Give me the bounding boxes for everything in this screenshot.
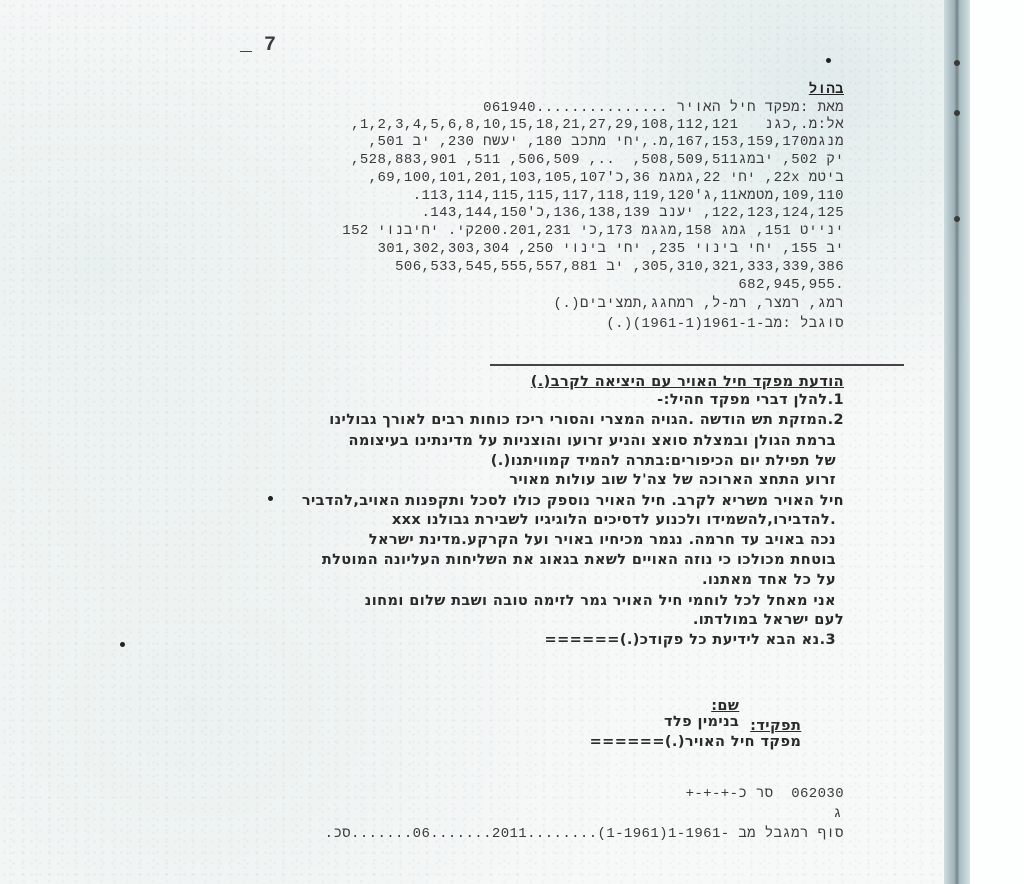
paragraph-line: של תפילת יום הכיפורים:בתרה להמיד קמוויתנ…	[491, 453, 836, 469]
to-line: אל:מ.,כגנ 1,2,3,4,5,6,8,10,15,18,21,27,2…	[351, 117, 844, 133]
subject-line: הודעת מפקד חיל האויר עם היציאה לקרב(.)	[531, 374, 844, 390]
classification-line: סוגבל :מב-1961-1(1961-1)(.)	[606, 316, 844, 332]
copies-line: רמג, רמצר, רמ-ל, רמחגג,תמציבים(.)	[554, 296, 844, 312]
scan-speck	[120, 642, 125, 647]
transmission-time: 062030 סר כ-+-+-+	[686, 786, 844, 802]
end-of-message-line: סוף רמגבל מב -1-1961(1-1961)........2011…	[325, 826, 844, 842]
to-line: 682,945,955.	[738, 277, 844, 293]
scan-speck	[826, 58, 831, 63]
binding-hole	[954, 216, 960, 222]
scanned-document-page: _ 7 בהול מאת :מפקד חיל האויר ...........…	[0, 0, 968, 884]
paragraph-line: אני מאחל לכל לוחמי חיל האויר גמר לזימה ט…	[365, 593, 836, 609]
to-line: מנגמ167,153,159,170,מ.,יחי מתכב 180, יעש…	[369, 134, 844, 150]
paragraph-line: ברמת הגולן ובמצלת סואצ והניע זרועו והוצנ…	[349, 433, 836, 449]
to-line: ינייט 151, גמג 158,מגגמ 173,כי 200.201,2…	[342, 223, 844, 239]
to-line: יב 155, יחי בינוי 235, יחי בינוי 250, 30…	[377, 241, 844, 257]
to-line: 305,310,321,333,339,386, יב 506,533,545,…	[395, 259, 844, 275]
paragraph-line: חיל האויר משריא לקרב. חיל האויר נוספק כו…	[302, 493, 844, 509]
footer-marker: ג	[833, 806, 842, 822]
from-line: מאת :מפקד חיל האויר ...............06194…	[483, 100, 844, 116]
to-line: 109,110,מטמא11,ג'113,114,115,115,117,118…	[413, 188, 844, 204]
to-line: 122,123,124,125, יענב 136,138,139,כ'143,…	[421, 205, 844, 221]
binding-hole	[954, 60, 960, 66]
scan-speck	[268, 496, 273, 501]
signature-role: תפקיד: מפקד חיל האויר(.)======	[590, 702, 834, 766]
paragraph-line: xxx להדבירו,להשמידו ולכנוע לדסיכים הלוגי…	[392, 512, 836, 528]
paragraph-line: על כל אחד מאתנו.	[702, 572, 836, 588]
paragraph-line: 2.המזקת תש הודשה .הגויה המצרי והסורי ריכ…	[329, 412, 844, 428]
paragraph-line: זרוע התחצ הארוכה של צה'ל שוב עולות מאויר	[509, 472, 836, 488]
paragraph-line: בוטחת מכולכו כי נוזה האויים לשאת בגאוג א…	[322, 552, 836, 568]
right-margin	[970, 0, 1024, 884]
role-label: תפקיד:	[750, 718, 801, 734]
role-value: מפקד חיל האויר(.)======	[590, 734, 802, 750]
to-line: יק 502, יבמג508,509,511, .., 506,509, 51…	[351, 152, 844, 168]
binding-hole	[954, 110, 960, 116]
paragraph-line: נכה באויב עד חרמה. נגמר מכיחיו באויר ועל…	[369, 532, 836, 548]
urgency-header: בהול	[809, 82, 844, 98]
page-binding-edge	[944, 0, 970, 884]
to-line: ביטמ 22x, יחי 22,גמגמ 36,כ'69,100,101,20…	[369, 170, 844, 186]
paragraph-line: לעם ישראל במולדתו.	[693, 612, 844, 628]
divider-line	[490, 364, 904, 366]
paragraph-line: 3.נא הבא לידיעת כל פקודכ(.)======	[545, 632, 836, 648]
page-number: _ 7	[240, 34, 276, 57]
paragraph-line: 1.להלן דברי מפקד חהיל:-	[657, 392, 844, 408]
